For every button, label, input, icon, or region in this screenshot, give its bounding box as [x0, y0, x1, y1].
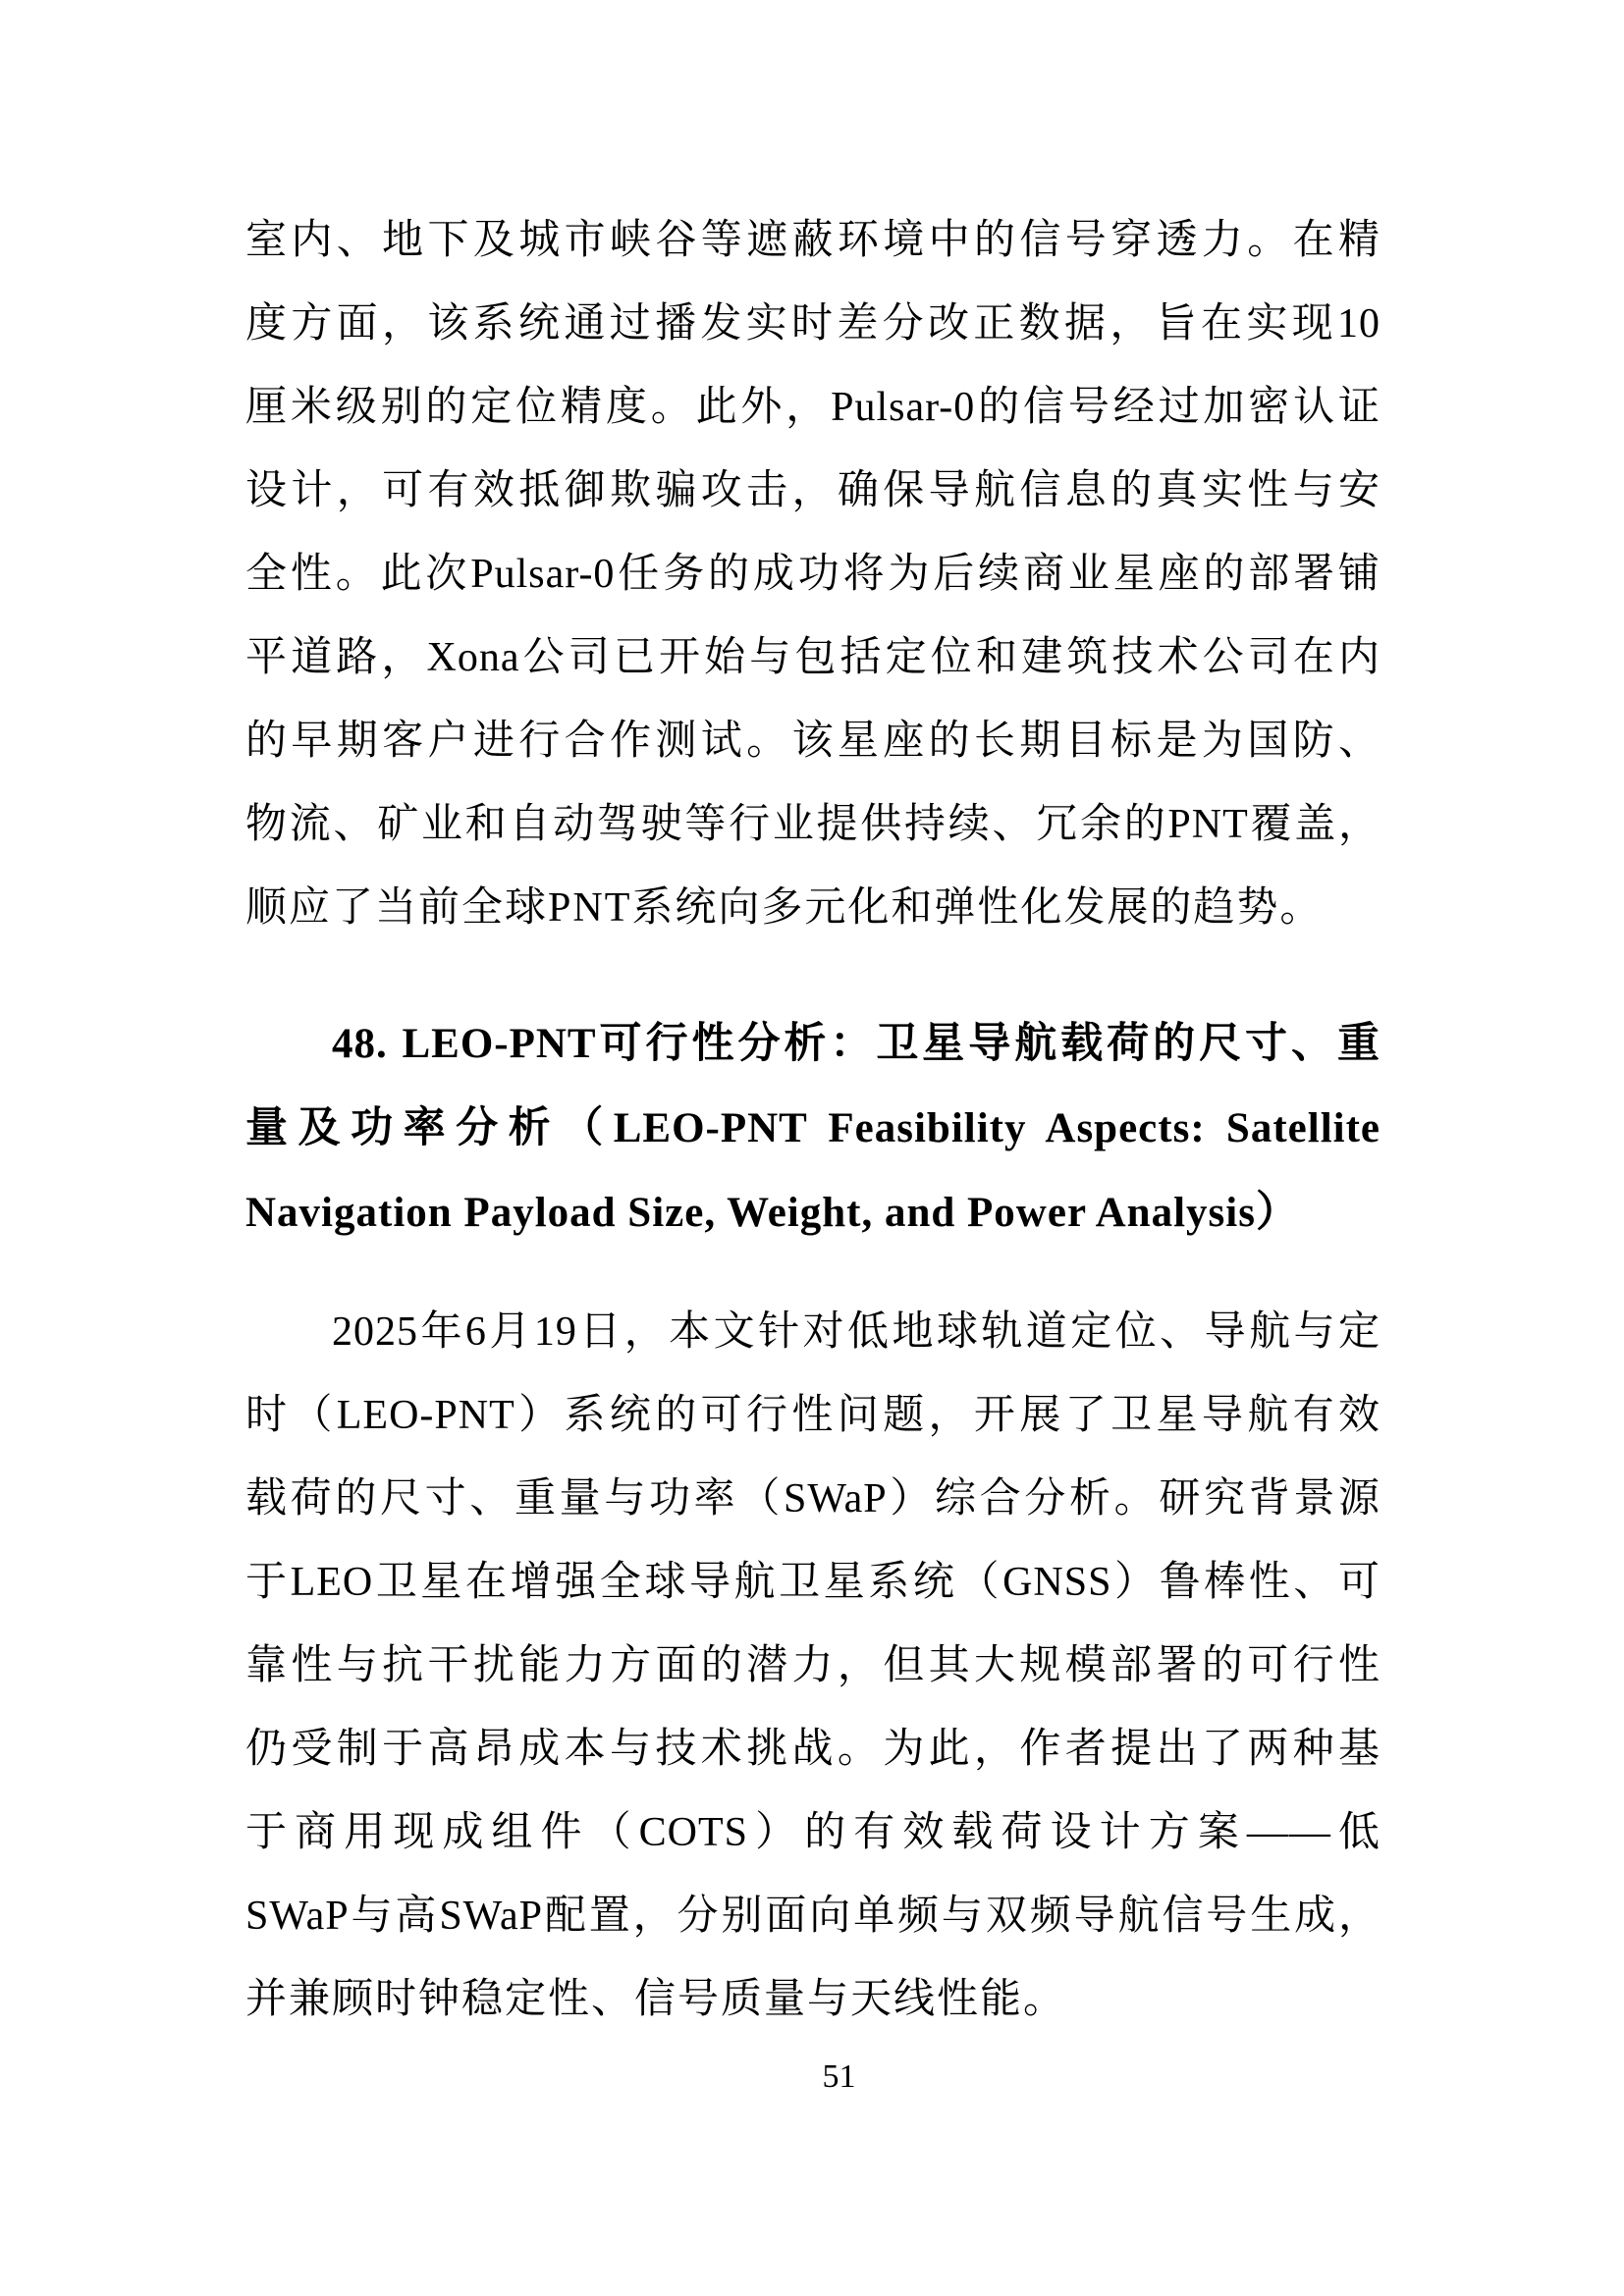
section-heading: 48. LEO-PNT可行性分析：卫星导航载荷的尺寸、重 量及功率分析（LEO-… [245, 1002, 1380, 1255]
paragraph-2: 2025年6月19日，本文针对低地球轨道定位、导航与定 时（LEO-PNT）系统… [245, 1291, 1380, 2042]
paragraph-1: 室内、地下及城市峡谷等遮蔽环境中的信号穿透力。在精 度方面，该系统通过播发实时差… [245, 199, 1380, 950]
heading-line: 48. LEO-PNT可行性分析：卫星导航载荷的尺寸、重 [245, 1002, 1380, 1087]
text-line: 2025年6月19日，本文针对低地球轨道定位、导航与定 [245, 1291, 1380, 1374]
text-line: 时（LEO-PNT）系统的可行性问题，开展了卫星导航有效 [245, 1374, 1380, 1458]
text-line: 平道路，Xona公司已开始与包括定位和建筑技术公司在内 [245, 616, 1380, 700]
text-line: 靠性与抗干扰能力方面的潜力，但其大规模部署的可行性 [245, 1625, 1380, 1708]
heading-line: Navigation Payload Size, Weight, and Pow… [245, 1171, 1380, 1255]
text-line: 于商用现成组件（COTS）的有效载荷设计方案——低 [245, 1791, 1380, 1875]
heading-line: 量及功率分析（LEO-PNT Feasibility Aspects: Sate… [245, 1087, 1380, 1171]
document-page: 室内、地下及城市峡谷等遮蔽环境中的信号穿透力。在精 度方面，该系统通过播发实时差… [0, 0, 1624, 2296]
text-line: 仍受制于高昂成本与技术挑战。为此，作者提出了两种基 [245, 1708, 1380, 1791]
text-line: 厘米级别的定位精度。此外，Pulsar-0的信号经过加密认证 [245, 366, 1380, 450]
text-line: SWaP与高SWaP配置，分别面向单频与双频导航信号生成， [245, 1875, 1380, 1958]
text-line: 载荷的尺寸、重量与功率（SWaP）综合分析。研究背景源 [245, 1458, 1380, 1541]
text-line: 度方面，该系统通过播发实时差分改正数据，旨在实现10 [245, 283, 1380, 366]
text-line: 顺应了当前全球PNT系统向多元化和弹性化发展的趋势。 [245, 867, 1380, 950]
text-line: 并兼顾时钟稳定性、信号质量与天线性能。 [245, 1958, 1380, 2042]
text-line: 室内、地下及城市峡谷等遮蔽环境中的信号穿透力。在精 [245, 199, 1380, 283]
page-number: 51 [0, 2057, 1624, 2097]
text-line: 物流、矿业和自动驾驶等行业提供持续、冗余的PNT覆盖， [245, 783, 1380, 867]
text-line: 设计，可有效抵御欺骗攻击，确保导航信息的真实性与安 [245, 450, 1380, 533]
page-content: 室内、地下及城市峡谷等遮蔽环境中的信号穿透力。在精 度方面，该系统通过播发实时差… [245, 199, 1380, 2042]
text-line: 全性。此次Pulsar-0任务的成功将为后续商业星座的部署铺 [245, 533, 1380, 616]
text-line: 于LEO卫星在增强全球导航卫星系统（GNSS）鲁棒性、可 [245, 1541, 1380, 1625]
text-line: 的早期客户进行合作测试。该星座的长期目标是为国防、 [245, 700, 1380, 783]
